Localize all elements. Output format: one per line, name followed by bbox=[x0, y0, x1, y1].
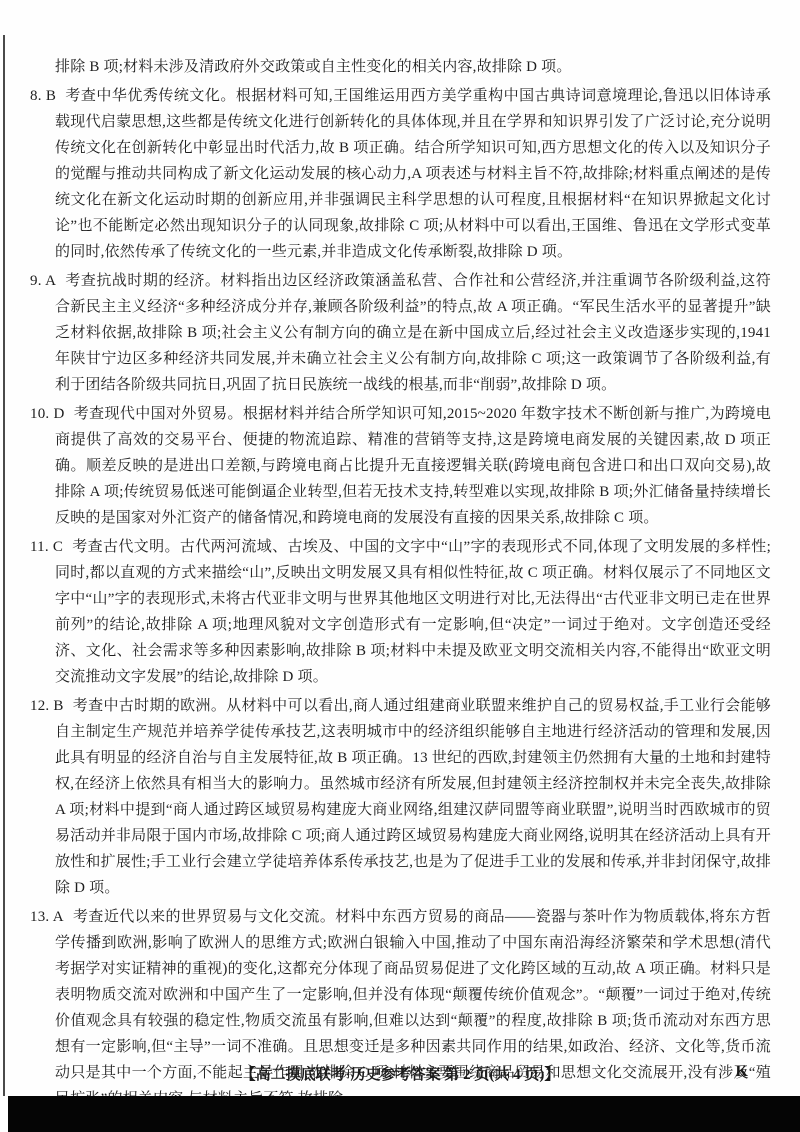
answer-text-12: 考查中古时期的欧洲。从材料中可以看出,商人通过组建商业联盟来维护自己的贸易权益,… bbox=[55, 698, 771, 896]
answer-text-11: 考查古代文明。古代两河流域、古埃及、中国的文字中“山”字的表现形式不同,体现了文… bbox=[55, 539, 771, 685]
answer-number-8: 8. B bbox=[30, 88, 56, 104]
scan-black-bar bbox=[8, 1096, 800, 1132]
answer-number-13: 13. A bbox=[30, 909, 64, 925]
continuation-paragraph: 排除 B 项;材料未涉及清政府外交政策或自主性变化的相关内容,故排除 D 项。 bbox=[55, 54, 771, 80]
answer-number-12: 12. B bbox=[30, 698, 64, 714]
answer-text-8: 考查中华优秀传统文化。根据材料可知,王国维运用西方美学重构中国古典诗词意境理论,… bbox=[55, 88, 771, 260]
answer-text-9: 考查抗战时期的经济。材料指出边区经济政策涵盖私营、合作社和公营经济,并注重调节各… bbox=[55, 273, 771, 393]
answer-key-body: 排除 B 项;材料未涉及清政府外交政策或自主性变化的相关内容,故排除 D 项。 … bbox=[55, 54, 771, 1115]
page-footer: 【高二摸底联考·历史参考答案 第 2 页(共 4 页)】 K bbox=[0, 1063, 800, 1084]
answer-number-10: 10. D bbox=[30, 406, 65, 422]
answer-number-9: 9. A bbox=[30, 273, 56, 289]
page-left-edge-line bbox=[3, 35, 5, 1096]
scanned-answer-page: 排除 B 项;材料未涉及清政府外交政策或自主性变化的相关内容,故排除 D 项。 … bbox=[0, 0, 800, 1132]
footer-title-pagenumber: 【高二摸底联考·历史参考答案 第 2 页(共 4 页)】 bbox=[241, 1067, 560, 1083]
answer-item-8: 8. B考查中华优秀传统文化。根据材料可知,王国维运用西方美学重构中国古典诗词意… bbox=[55, 83, 771, 265]
answer-item-11: 11. C考查古代文明。古代两河流域、古埃及、中国的文字中“山”字的表现形式不同… bbox=[55, 534, 771, 690]
answer-item-10: 10. D考查现代中国对外贸易。根据材料并结合所学知识可知,2015~2020 … bbox=[55, 401, 771, 531]
answer-item-9: 9. A考查抗战时期的经济。材料指出边区经济政策涵盖私营、合作社和公营经济,并注… bbox=[55, 268, 771, 398]
footer-version-letter: K bbox=[736, 1063, 748, 1081]
answer-item-12: 12. B考查中古时期的欧洲。从材料中可以看出,商人通过组建商业联盟来维护自己的… bbox=[55, 693, 771, 901]
answer-number-11: 11. C bbox=[30, 539, 63, 555]
answer-text-10: 考查现代中国对外贸易。根据材料并结合所学知识可知,2015~2020 年数字技术… bbox=[55, 406, 771, 526]
